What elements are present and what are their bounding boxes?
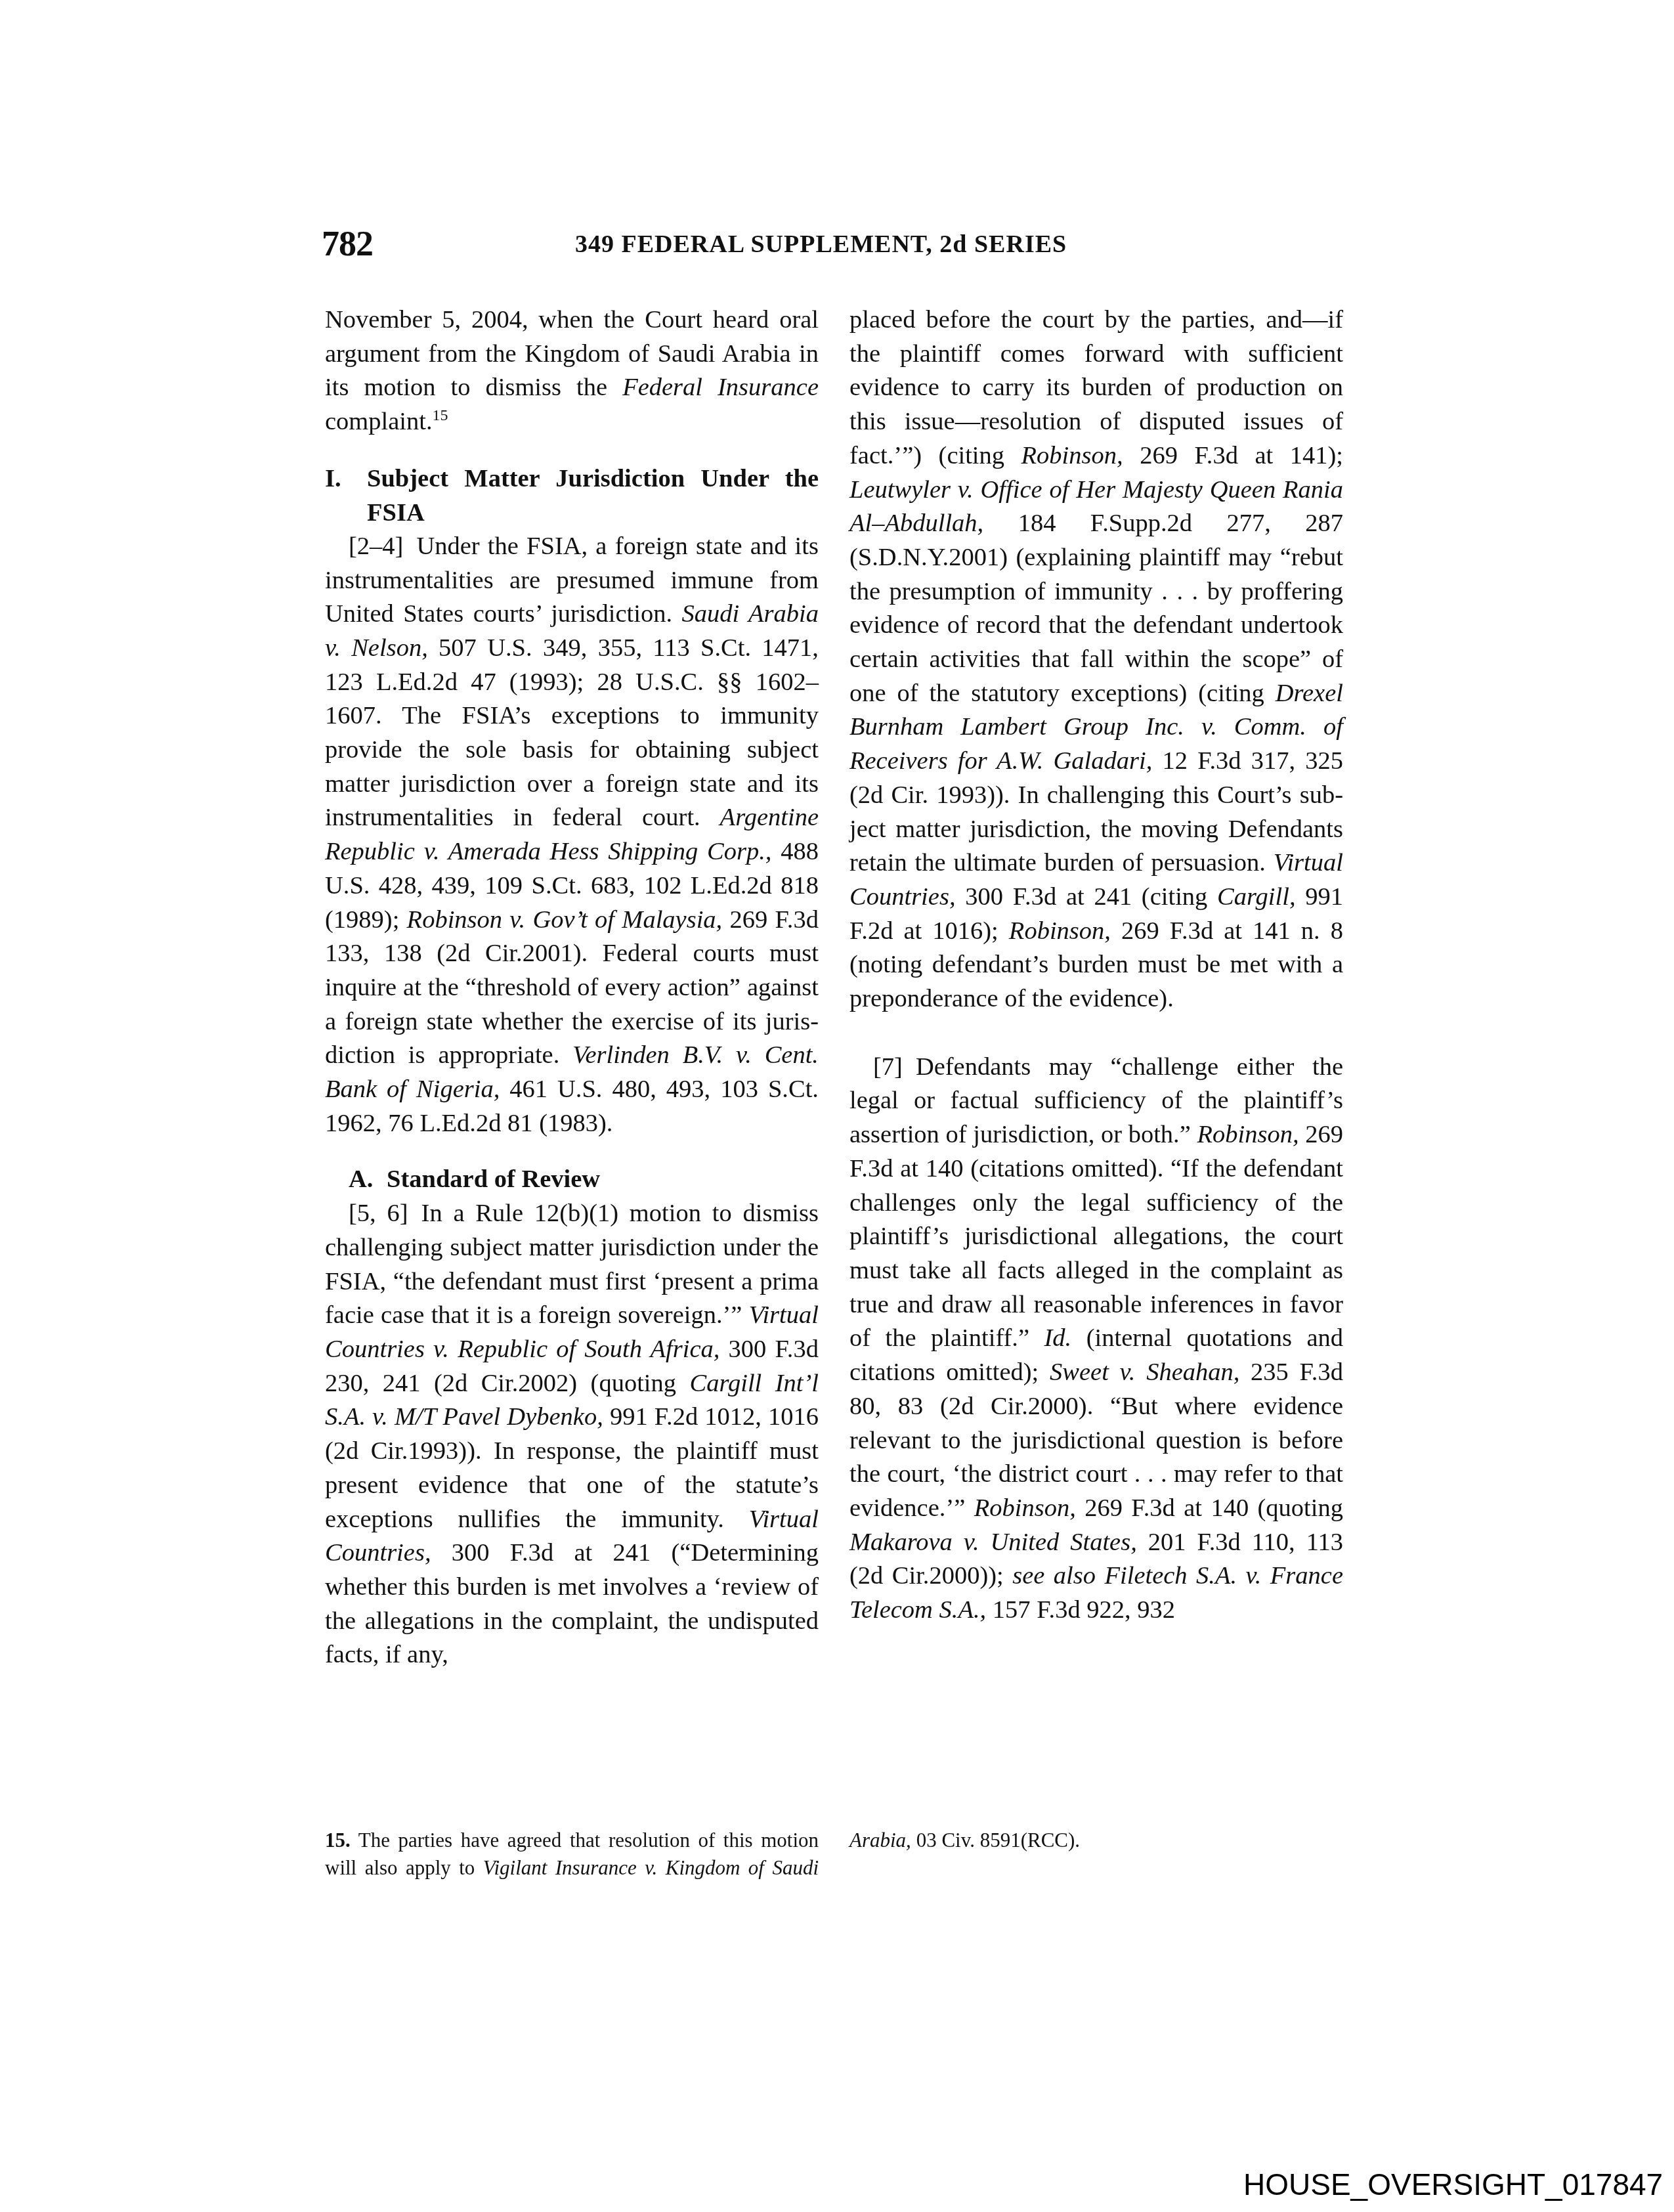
paragraph-challenge: [7]Defendants may “challenge either the …	[849, 1051, 1343, 1628]
left-column: November 5, 2004, when the Court heard o…	[325, 303, 819, 1672]
bates-stamp: HOUSE_OVERSIGHT_017847	[1243, 2167, 1663, 2202]
paragraph-fsia: [2–4]Under the FSIA, a foreign state and…	[325, 530, 819, 1141]
footnote-ref-15[interactable]: 15	[433, 407, 448, 424]
paragraph-standard-of-review: [5, 6]In a Rule 12(b)(1) motion to dis­m…	[325, 1197, 819, 1672]
headnote-keynumbers[interactable]: [5, 6]	[349, 1200, 408, 1227]
reporter-title: 349 FEDERAL SUPPLEMENT, 2d SERIES	[575, 230, 1067, 259]
page-number: 782	[322, 223, 373, 264]
headnote-keynumbers[interactable]: [2–4]	[349, 532, 403, 560]
case-name: Robinson,	[974, 1494, 1076, 1522]
section-heading-A: A.Standard of Review	[349, 1163, 819, 1197]
running-head: 782 349 FEDERAL SUPPLEMENT, 2d SERIES	[322, 223, 1346, 276]
case-name: Cargill,	[1217, 883, 1295, 911]
case-name: Robinson v. Gov’t of Malaysia,	[407, 906, 723, 934]
paragraph-gap	[849, 1016, 1343, 1051]
right-column: placed before the court by the parties, …	[849, 303, 1343, 1628]
case-name: Maka­rova v. United States,	[849, 1529, 1137, 1556]
case-name: Robinson,	[1021, 442, 1123, 469]
footnote-number: 15.	[325, 1829, 351, 1852]
paragraph-continuation: November 5, 2004, when the Court heard o…	[325, 303, 819, 439]
section-heading-I: I.Subject Matter Jurisdiction Under the …	[325, 462, 819, 530]
paragraph-continuation: placed before the court by the parties, …	[849, 303, 1343, 1016]
document-page: 782 349 FEDERAL SUPPLEMENT, 2d SERIES No…	[0, 0, 1674, 2212]
case-name: Robinson,	[1197, 1121, 1299, 1148]
case-name: Sweet v. Sheahan,	[1050, 1358, 1239, 1386]
case-name: Id.	[1044, 1324, 1072, 1352]
case-name: Robinson,	[1009, 917, 1111, 945]
footnote-15: 15.The parties have agreed that resoluti…	[325, 1827, 1343, 1882]
case-name: Federal Insurance	[622, 374, 819, 401]
headnote-keynumbers[interactable]: [7]	[873, 1053, 903, 1081]
